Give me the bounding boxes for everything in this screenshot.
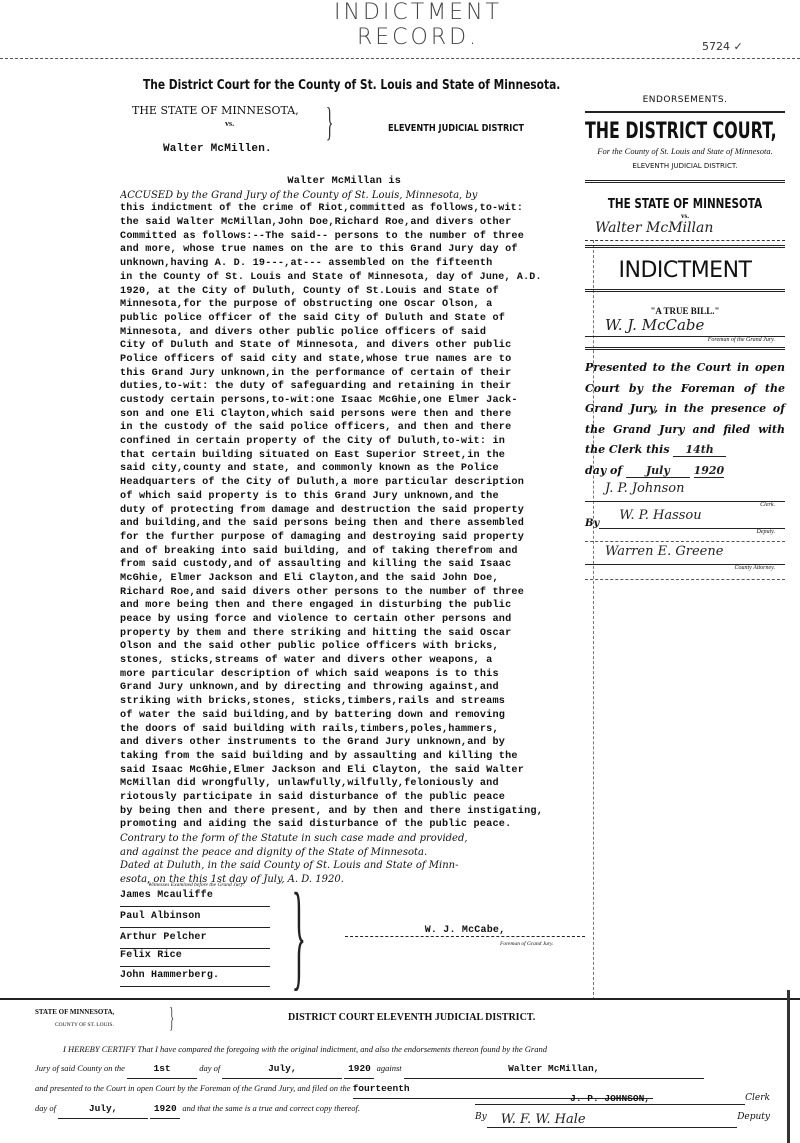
district-label: ELEVENTH JUDICIAL DISTRICT	[388, 123, 524, 134]
divider	[585, 111, 785, 113]
indictment-line: Committed as follows:--The said-- person…	[120, 230, 590, 244]
court-title: THE DISTRICT COURT,	[585, 119, 729, 144]
indictment-line: Grand Jury unknown,and by directing and …	[120, 681, 590, 695]
clerk-signature: J. P. Johnson	[585, 481, 785, 502]
cert-filed-year: 1920	[150, 1099, 180, 1119]
indictment-line: City of Duluth and State of Minnesota, a…	[120, 339, 590, 353]
cert-year: 1920	[344, 1059, 374, 1079]
indictment-line: unknown,having A. D. 19---,at--- assembl…	[120, 257, 590, 271]
cert-label: and that the same is a true and correct …	[182, 1103, 360, 1113]
divider	[585, 180, 785, 183]
indictment-line: for the further purpose of damaging and …	[120, 531, 590, 545]
foreman-name: W. J. McCabe,	[345, 925, 585, 937]
indictment-line: promoting and aiding the said disturbanc…	[120, 818, 590, 832]
attorney-caption: County Attorney.	[585, 565, 785, 571]
top-divider	[0, 58, 800, 59]
document-type: INDICTMENT	[585, 258, 785, 283]
indictment-line: property by them and there striking and …	[120, 627, 590, 641]
cert-state: STATE OF MINNESOTA,	[35, 1008, 114, 1016]
divider	[585, 579, 785, 580]
indictment-line: that certain building situated on East S…	[120, 449, 590, 463]
divider	[585, 245, 785, 248]
district-line: ELEVENTH JUDICIAL DISTRICT.	[585, 162, 785, 170]
indictment-line: Richard Roe,and said divers other person…	[120, 586, 590, 600]
cert-by-label: By	[475, 1112, 487, 1128]
plaintiff-label: THE STATE OF MINNESOTA,	[132, 104, 299, 117]
cert-day: 1st	[127, 1059, 197, 1079]
witness-name: John Hammerberg.	[120, 970, 270, 987]
indictment-line: Minnesota,for the purpose of obstructing…	[120, 298, 590, 312]
indictment-line: Walter McMillan is	[120, 175, 590, 189]
by-label: By	[585, 518, 599, 529]
cert-label: day of	[199, 1063, 220, 1073]
day-of-label: day of	[585, 464, 622, 477]
indictment-line: riotously participate in said disturbanc…	[120, 791, 590, 805]
cert-deputy-label: Deputy	[737, 1112, 770, 1128]
filed-year: 1920	[694, 464, 725, 478]
filed-month: July	[626, 464, 690, 478]
attorney-signature: Warren E. Greene	[585, 544, 785, 565]
cert-clerk-line: J. P. JOHNSON, Clerk	[475, 1093, 770, 1105]
true-bill-label: "A TRUE BILL."	[585, 306, 785, 316]
witness-name: Paul Albinson	[120, 911, 270, 928]
indictment-line: from said custody,and of assaulting and …	[120, 558, 590, 572]
filed-day: 14th	[673, 443, 725, 457]
presented-text: Presented to the Court in open Court by …	[585, 358, 785, 481]
cert-county: COUNTY OF ST. LOUIS.	[55, 1022, 114, 1028]
cert-clerk-label: Clerk	[745, 1093, 770, 1105]
indictment-line: and more being then and there engaged in…	[120, 599, 590, 613]
indictment-line: of which said property is to this Grand …	[120, 490, 590, 504]
indictment-line: ACCUSED by the Grand Jury of the County …	[120, 189, 590, 203]
page-edge	[787, 990, 790, 1143]
vs-label: vs.	[225, 119, 234, 128]
county-line: For the County of St. Louis and State of…	[585, 146, 785, 157]
indictment-line: of water the said building,and by batter…	[120, 709, 590, 723]
defendant-name: Walter McMillen.	[163, 143, 272, 155]
indictment-line: Olson and the said other public police o…	[120, 640, 590, 654]
indictment-line: in the County of St. Louis and State of …	[120, 271, 590, 285]
deputy-signature: W. P. Hassou	[599, 508, 785, 529]
cert-deputy-line: By W. F. W. Hale Deputy	[475, 1112, 770, 1128]
record-number: 5724 ✓	[702, 40, 743, 53]
state-title: THE STATE OF MINNESOTA	[605, 197, 765, 212]
indictment-line: duty of protecting from damage and destr…	[120, 504, 590, 518]
brace-icon: }	[169, 1003, 174, 1035]
indictment-line: and more, whose true names on the are to…	[120, 243, 590, 257]
indictment-line: in the custody of the said police office…	[120, 421, 590, 435]
court-heading: The District Court for the County of St.…	[143, 78, 560, 93]
foreman-caption: Foreman of the Grand Jury.	[585, 337, 785, 343]
indictment-line: Dated at Duluth, in the said County of S…	[120, 859, 590, 873]
indictment-line: and building,and the said persons being …	[120, 517, 590, 531]
indictment-line: taking from the said building and by ass…	[120, 750, 590, 764]
indictment-line: son and one Eli Clayton,which said perso…	[120, 408, 590, 422]
endorsement-panel: ENDORSEMENTS. THE DISTRICT COURT, For th…	[585, 95, 785, 580]
cert-label: day of	[35, 1103, 56, 1113]
defendant-signature: Walter McMillan	[585, 220, 785, 241]
cert-intro: I HEREBY CERTIFY That I have compared th…	[35, 1040, 770, 1059]
indictment-line: McMillan did wrongfully, unlawfully,wilf…	[120, 777, 590, 791]
indictment-line: Police officers of said city and state,w…	[120, 353, 590, 367]
foreman-signature: W. J. McCabe	[585, 316, 785, 337]
indictment-line: peace by using force and violence to cer…	[120, 613, 590, 627]
brace-icon: }	[292, 880, 306, 990]
divider	[585, 347, 785, 350]
vs-label: vs.	[585, 212, 785, 220]
certificate-text: I HEREBY CERTIFY That I have compared th…	[35, 1040, 770, 1119]
endorsements-label: ENDORSEMENTS.	[585, 95, 785, 105]
indictment-body: Walter McMillan isACCUSED by the Grand J…	[120, 175, 590, 887]
cert-label: against	[377, 1063, 402, 1073]
cert-label: Jury of said County on the	[35, 1063, 125, 1073]
presented-statement: Presented to the Court in open Court by …	[585, 361, 785, 456]
cert-month: July,	[222, 1059, 342, 1079]
witness-name: James Mcauliffe	[120, 890, 270, 907]
witness-caption: Witnesses Examined before the Grand Jury…	[148, 882, 245, 888]
divider	[585, 541, 785, 542]
deputy-caption: Deputy.	[585, 529, 785, 535]
indictment-line: and of breaking into said building, and …	[120, 545, 590, 559]
certificate-divider	[0, 998, 800, 1000]
indictment-line: and against the peace and dignity of the…	[120, 846, 590, 860]
cert-deputy-signature: W. F. W. Hale	[487, 1112, 737, 1128]
indictment-line: Minnesota, and divers other public polic…	[120, 326, 590, 340]
cert-line-2: Jury of said County on the 1st day of Ju…	[35, 1059, 770, 1079]
indictment-line: confined in certain property of the City…	[120, 435, 590, 449]
indictment-line: public police officer of the said City o…	[120, 312, 590, 326]
indictment-line: and divers other instruments to the Gran…	[120, 736, 590, 750]
witness-name: Arthur Pelcher	[120, 932, 270, 949]
cert-filed-month: July,	[58, 1099, 148, 1119]
indictment-line: this Grand Jury unknown,in the performan…	[120, 367, 590, 381]
record-title: INDICTMENT RECORD.	[278, 0, 558, 50]
indictment-line: duties,to-wit: the duty of safeguarding …	[120, 380, 590, 394]
indictment-line: by being then and there present, and by …	[120, 805, 590, 819]
cert-heading: DISTRICT COURT ELEVENTH JUDICIAL DISTRIC…	[288, 1012, 535, 1023]
brace-icon: }	[326, 98, 334, 145]
cert-defendant: Walter McMillan,	[404, 1059, 704, 1079]
indictment-line: McGhie, Elmer Jackson and Eli Clayton,an…	[120, 572, 590, 586]
indictment-line: this indictment of the crime of Riot,com…	[120, 202, 590, 216]
indictment-line: striking with bricks,stones, sticks,timb…	[120, 695, 590, 709]
indictment-line: custody certain persons,to-wit:one Isaac…	[120, 394, 590, 408]
cert-clerk-name: J. P. JOHNSON,	[475, 1093, 745, 1105]
indictment-line: more particular description of which sai…	[120, 668, 590, 682]
indictment-line: Contrary to the form of the Statute in s…	[120, 832, 590, 846]
foreman-caption: Foreman of Grand Jury.	[500, 941, 554, 947]
divider	[585, 289, 785, 292]
indictment-line: Headquarters of the City of Duluth,a mor…	[120, 476, 590, 490]
indictment-line: 1920, at the City of Duluth, County of S…	[120, 285, 590, 299]
indictment-line: the said Walter McMillan,John Doe,Richar…	[120, 216, 590, 230]
indictment-line: stones, sticks,streams of water and dive…	[120, 654, 590, 668]
cert-label: and presented to the Court in open Court…	[35, 1083, 350, 1093]
indictment-line: the doors of said building with rails,ti…	[120, 723, 590, 737]
indictment-line: said city,county and state, and commonly…	[120, 462, 590, 476]
witness-name: Felix Rice	[120, 950, 270, 967]
indictment-line: said Isaac McGhie,Elmer Jackson and Eli …	[120, 764, 590, 778]
